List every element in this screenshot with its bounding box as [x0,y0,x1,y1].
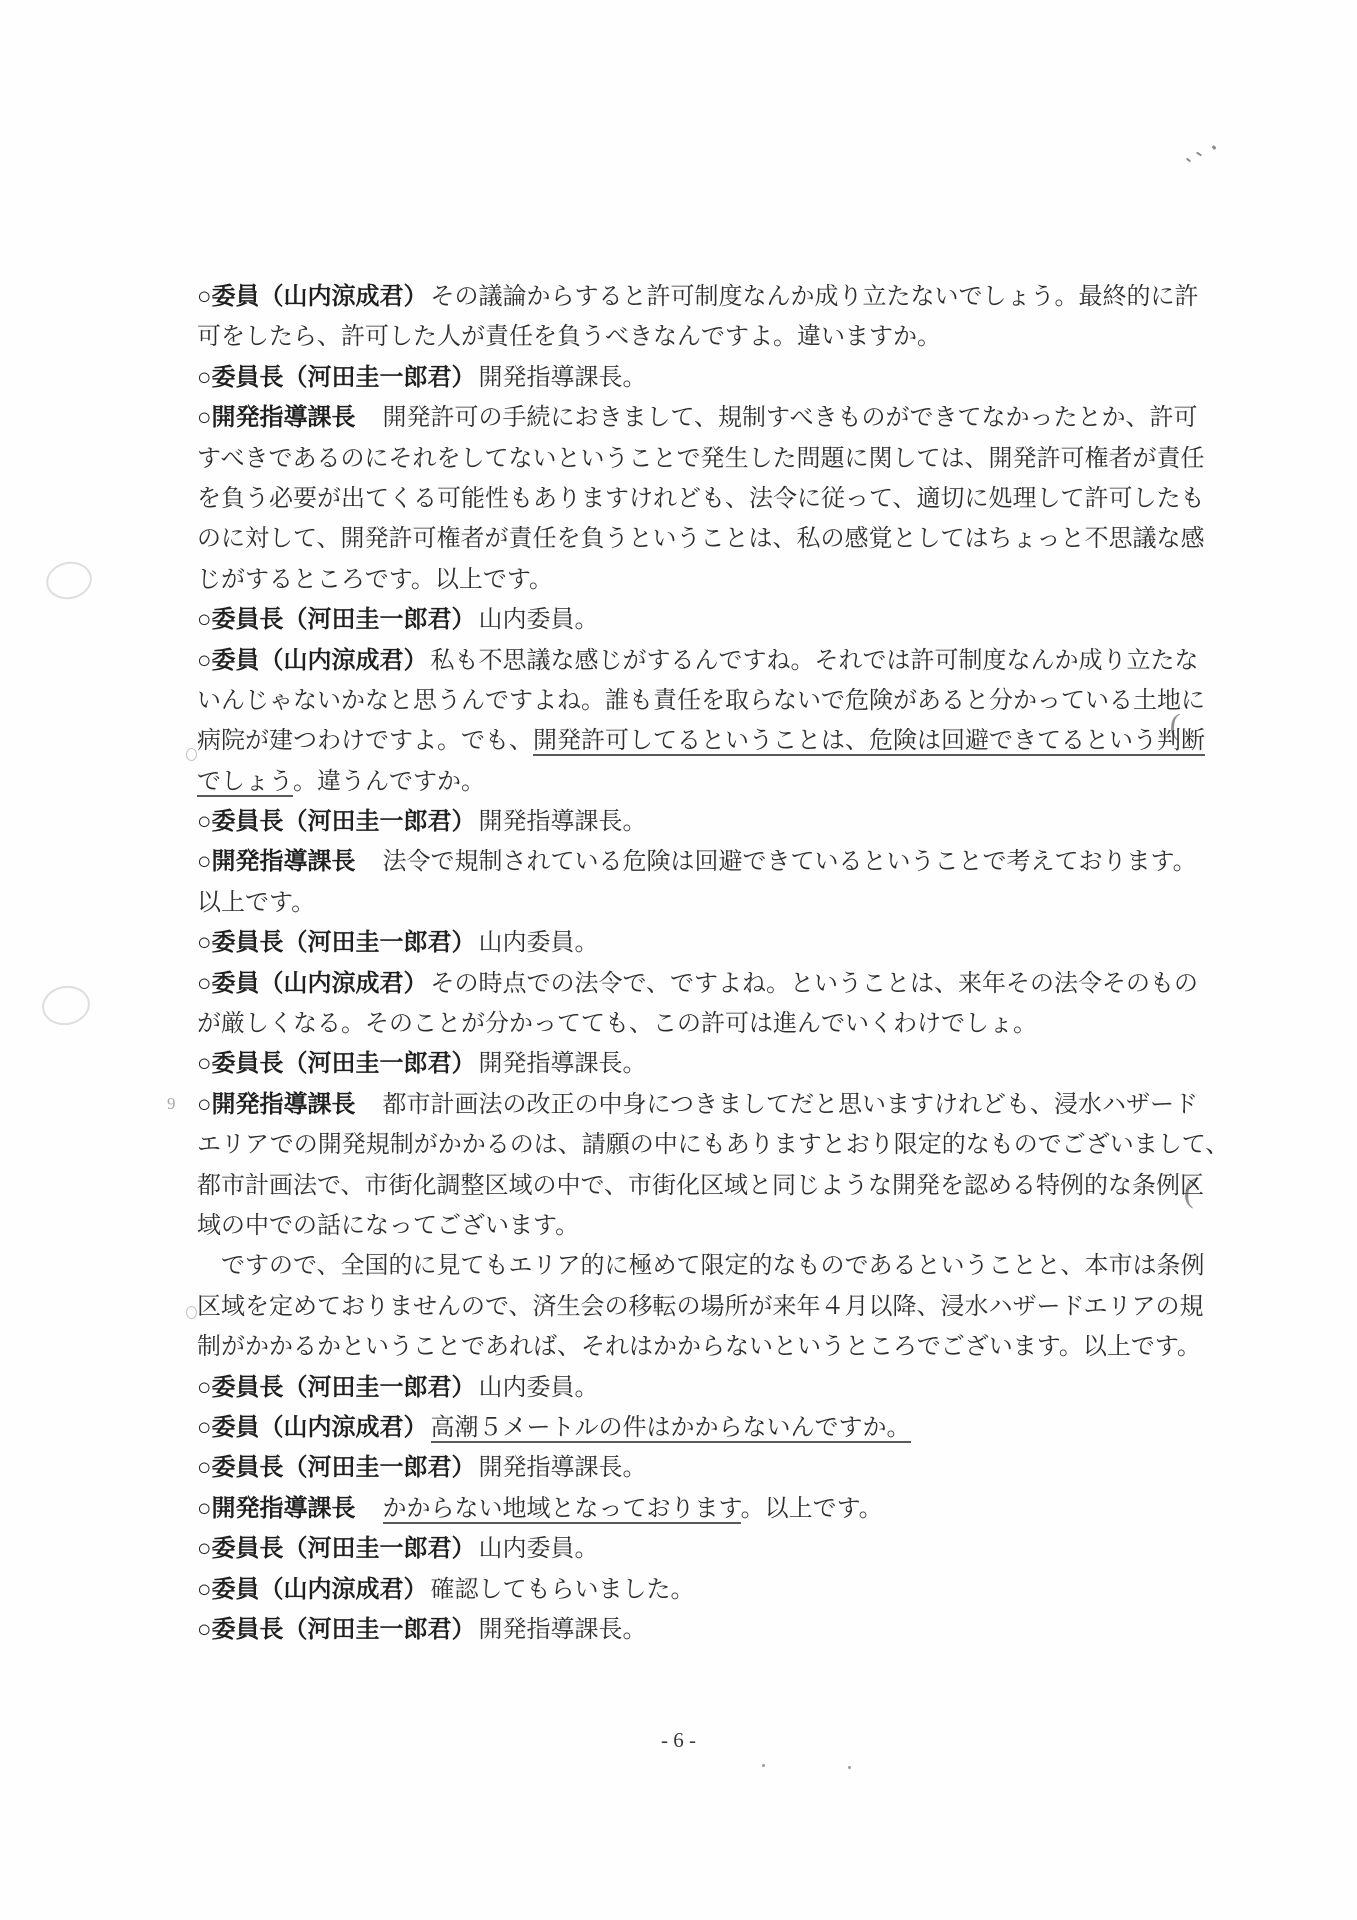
speaker-label: ○委員長（河田圭一郎君） [197,364,476,391]
speaker-label: ○委員長（河田圭一郎君） [197,808,476,835]
body-text: 山内委員。 [479,1536,599,1562]
text-line: ですので、全国的に見てもエリア的に極めて限定的なものであるということと、本市は条… [197,1246,1197,1286]
text-line: ○委員長（河田圭一郎君）開発指導課長。 [197,1610,1197,1650]
text-line: ○委員（山内涼成君）確認してもらいました。 [197,1570,1197,1610]
body-text: すべきであるのにそれをしてないということで発生した問題に関しては、開発許可権者が… [197,446,1205,472]
body-text: じがするところです。以上です。 [197,567,553,593]
body-text: その時点での法令で、ですよね。ということは、来年その法令そのもの [431,971,1199,997]
body-text: かからない地域となっております [383,1496,741,1524]
text-line: いんじゃないかなと思うんですよね。誰も責任を取らないで危険があると分かっている土… [197,681,1197,721]
body-text: 。以上です。 [741,1496,883,1522]
body-text: を負う必要が出てくる可能性もありますけれども、法令に従って、適切に処理して許可し… [197,486,1205,512]
speaker-label: ○委員（山内涼成君） [197,647,428,674]
text-line: 制がかかるかということであれば、それはかからないというところでございます。以上で… [197,1327,1197,1367]
text-line: 区域を定めておりませんので、済生会の移転の場所が来年４月以降、浸水ハザードエリア… [197,1287,1197,1327]
body-text: 都市計画法の改正の中身につきましてだと思いますけれども、浸水ハザード [383,1092,1199,1118]
scan-dot [848,1766,851,1769]
body-text: 域の中での話になってございます。 [197,1213,579,1239]
pen-speck [1186,158,1191,163]
text-line: が厳しくなる。そのことが分かってても、この許可は進んでいくわけでしょ。 [197,1004,1197,1044]
body-text: 開発指導課長。 [479,1617,647,1643]
text-line: ○委員長（河田圭一郎君）開発指導課長。 [197,1448,1197,1488]
text-line: ○委員（山内涼成君）高潮５メートルの件はかからないんですか。 [197,1408,1197,1448]
text-line: でしょう。違うんですか。 [197,762,1197,802]
body-text: 開発指導課長。 [479,809,647,835]
body-text: 病院が建つわけですよ。でも、 [197,728,533,754]
text-line: 可をしたら、許可した人が責任を負うべきなんですよ。違いますか。 [197,317,1197,357]
text-line: ○委員長（河田圭一郎君）山内委員。 [197,923,1197,963]
body-text: 以上です。 [197,890,315,916]
speaker-label: ○委員（山内涼成君） [197,1414,428,1441]
body-text: 区域を定めておりませんので、済生会の移転の場所が来年４月以降、浸水ハザードエリア… [197,1294,1204,1320]
text-line: 病院が建つわけですよ。でも、開発許可してるということは、危険は回避できてるという… [197,721,1197,761]
body-text: 法令で規制されている危険は回避できているということで考えております。 [383,849,1197,875]
body-text: でしょう [197,769,293,797]
speaker-label: ○委員（山内涼成君） [197,1576,428,1603]
text-line: ○委員（山内涼成君）私も不思議な感じがするんですね。それでは許可制度なんか成り立… [197,641,1197,681]
pen-speck [1212,145,1217,150]
body-text: 開発指導課長。 [479,365,647,391]
body-text: が厳しくなる。そのことが分かってても、この許可は進んでいくわけでしょ。 [197,1011,1037,1037]
body-text: 私も不思議な感じがするんですね。それでは許可制度なんか成り立たな [431,648,1199,674]
text-line: ○開発指導課長 開発許可の手続におきまして、規制すべきものができてなかったとか、… [197,398,1197,438]
text-line: を負う必要が出てくる可能性もありますけれども、法令に従って、適切に処理して許可し… [197,479,1197,519]
body-text: 制がかかるかということであれば、それはかからないというところでございます。以上で… [197,1334,1201,1360]
body-text: 可をしたら、許可した人が責任を負うべきなんですよ。違いますか。 [197,324,941,350]
speaker-label: ○委員（山内涼成君） [197,970,428,997]
speaker-label: ○委員長（河田圭一郎君） [197,1374,476,1401]
text-line: 都市計画法で、市街化調整区域の中で、市街化区域と同じような開発を認める特例的な条… [197,1166,1197,1206]
speaker-label: ○委員（山内涼成君） [197,283,428,310]
text-line: すべきであるのにそれをしてないということで発生した問題に関しては、開発許可権者が… [197,439,1197,479]
text-line: ○委員長（河田圭一郎君）山内委員。 [197,1529,1197,1569]
body-text: 開発指導課長。 [479,1051,647,1077]
speaker-label: ○委員長（河田圭一郎君） [197,1616,476,1643]
speaker-label: ○委員長（河田圭一郎君） [197,1535,476,1562]
scan-dot [762,1764,765,1767]
text-line: ○委員（山内涼成君）その時点での法令で、ですよね。ということは、来年その法令その… [197,964,1197,1004]
text-line: ○委員長（河田圭一郎君）開発指導課長。 [197,358,1197,398]
body-text: 高潮５メートルの件はかからないんですか。 [431,1415,911,1443]
body-text: のに対して、開発許可権者が責任を負うということは、私の感覚としてはちょっと不思議… [197,526,1205,552]
speaker-label: ○委員長（河田圭一郎君） [197,929,476,956]
body-text: 開発許可してるということは、危険は回避できてるという判断 [533,728,1205,756]
text-line: じがするところです。以上です。 [197,560,1197,600]
body-text: 山内委員。 [479,607,599,633]
body-text: 。違うんですか。 [293,769,485,795]
text-line: のに対して、開発許可権者が責任を負うということは、私の感覚としてはちょっと不思議… [197,519,1197,559]
speaker-label: ○開発指導課長 [197,848,380,875]
text-line: エリアでの開発規制がかかるのは、請願の中にもありますとおり限定的なものでございま… [197,1125,1197,1165]
body-text: エリアでの開発規制がかかるのは、請願の中にもありますとおり限定的なものでございま… [197,1132,1229,1158]
speaker-label: ○委員長（河田圭一郎君） [197,1050,476,1077]
margin-ellipse-mark [43,558,96,604]
pen-speck [1196,152,1202,157]
speaker-label: ○開発指導課長 [197,1495,380,1522]
text-line: ○委員長（河田圭一郎君）開発指導課長。 [197,1044,1197,1084]
speaker-label: ○開発指導課長 [197,404,380,431]
scanned-document-page: 9 ( ( ○委員（山内涼成君）その議論からすると許可制度なんか成り立たないでし… [0,0,1357,1920]
margin-ring-mark [186,748,197,761]
text-line: ○委員長（河田圭一郎君）山内委員。 [197,1368,1197,1408]
body-text: 開発指導課長。 [479,1455,647,1481]
text-line: 以上です。 [197,883,1197,923]
margin-digit-mark: 9 [167,1094,176,1114]
page-number: - 6 - [0,1728,1357,1753]
body-text: いんじゃないかなと思うんですよね。誰も責任を取らないで危険があると分かっている土… [197,688,1205,714]
text-line: ○委員（山内涼成君）その議論からすると許可制度なんか成り立たないでしょう。最終的… [197,277,1197,317]
text-line: ○委員長（河田圭一郎君）開発指導課長。 [197,802,1197,842]
text-line: ○開発指導課長 都市計画法の改正の中身につきましてだと思いますけれども、浸水ハザ… [197,1085,1197,1125]
text-line: ○開発指導課長 かからない地域となっております。以上です。 [197,1489,1197,1529]
body-text: 山内委員。 [479,1375,599,1401]
text-line: ○委員長（河田圭一郎君）山内委員。 [197,600,1197,640]
speaker-label: ○委員長（河田圭一郎君） [197,1454,476,1481]
body-text: 開発許可の手続におきまして、規制すべきものができてなかったとか、許可 [383,405,1198,431]
text-line: 域の中での話になってございます。 [197,1206,1197,1246]
margin-ring-mark [186,1306,197,1319]
speaker-label: ○委員長（河田圭一郎君） [197,606,476,633]
body-text: 確認してもらいました。 [431,1577,695,1603]
body-text: 都市計画法で、市街化調整区域の中で、市街化区域と同じような開発を認める特例的な条… [197,1173,1204,1199]
text-line: ○開発指導課長 法令で規制されている危険は回避できているということで考えておりま… [197,842,1197,882]
document-lines: ○委員（山内涼成君）その議論からすると許可制度なんか成り立たないでしょう。最終的… [197,277,1197,1650]
speaker-label: ○開発指導課長 [197,1091,380,1118]
margin-ellipse-mark [39,982,93,1029]
body-text: 山内委員。 [479,930,599,956]
body-text: その議論からすると許可制度なんか成り立たないでしょう。最終的に許 [431,284,1199,310]
body-text: ですので、全国的に見てもエリア的に極めて限定的なものであるということと、本市は条… [197,1253,1205,1279]
